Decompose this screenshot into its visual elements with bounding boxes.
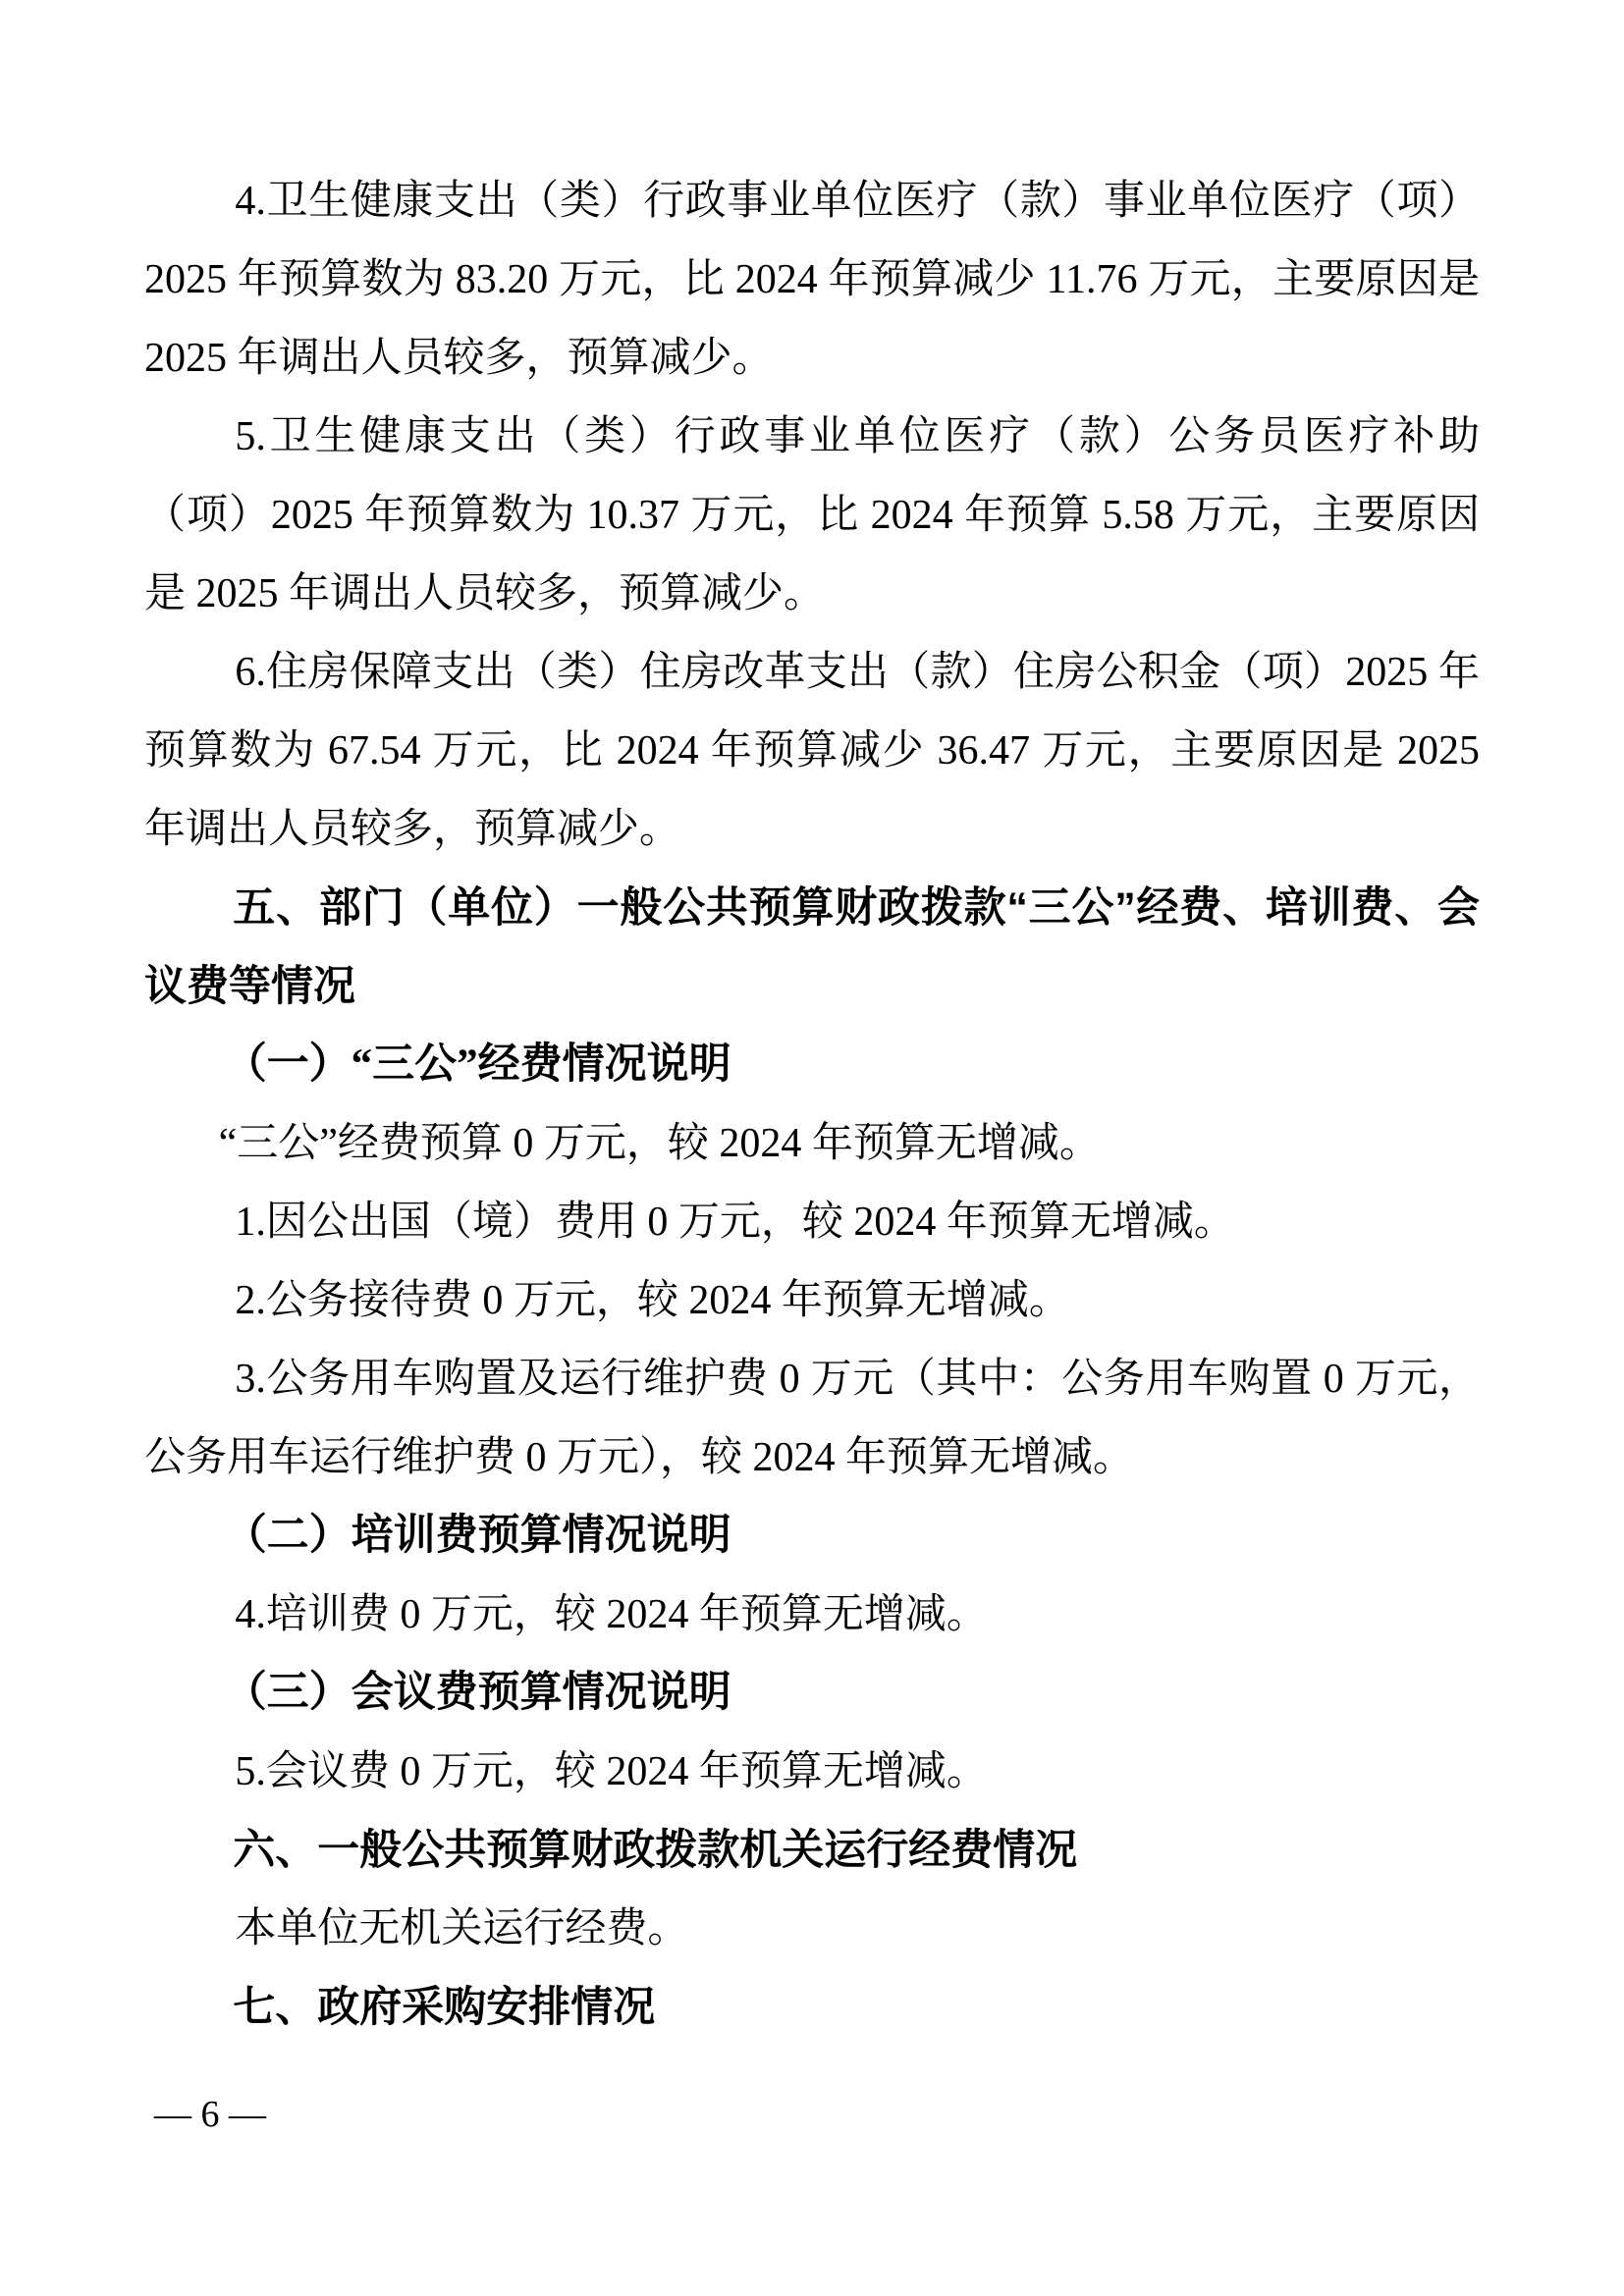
document-body: 4.卫生健康支出（类）行政事业单位医疗（款）事业单位医疗（项）2025 年预算数…	[144, 162, 1480, 2047]
paragraph-item-5-meeting-fee: 5.会议费 0 万元，较 2024 年预算无增减。	[144, 1733, 1480, 1811]
paragraph-no-operating-funds: 本单位无机关运行经费。	[144, 1890, 1480, 1968]
paragraph-item-3-official-vehicles: 3.公务用车购置及运行维护费 0 万元（其中：公务用车购置 0 万元，公务用车运…	[144, 1340, 1480, 1497]
subsection-heading-1-three-public-explanation: （一）“三公”经费情况说明	[144, 1026, 1480, 1104]
section-heading-7-government-procurement: 七、政府采购安排情况	[144, 1968, 1480, 2047]
section-heading-5-three-public-funds: 五、部门（单位）一般公共预算财政拨款“三公”经费、培训费、会议费等情况	[144, 869, 1480, 1026]
paragraph-item-2-official-reception: 2.公务接待费 0 万元，较 2024 年预算无增减。	[144, 1261, 1480, 1340]
paragraph-item-4-health-expenditure: 4.卫生健康支出（类）行政事业单位医疗（款）事业单位医疗（项）2025 年预算数…	[144, 162, 1480, 398]
section-heading-6-agency-operating-funds: 六、一般公共预算财政拨款机关运行经费情况	[144, 1811, 1480, 1890]
paragraph-item-5-health-expenditure: 5.卫生健康支出（类）行政事业单位医疗（款）公务员医疗补助（项）2025 年预算…	[144, 398, 1480, 633]
paragraph-item-6-housing-expenditure: 6.住房保障支出（类）住房改革支出（款）住房公积金（项）2025 年预算数为 6…	[144, 633, 1480, 869]
paragraph-three-public-budget-total: “三公”经费预算 0 万元，较 2024 年预算无增减。	[144, 1104, 1480, 1183]
document-page: 4.卫生健康支出（类）行政事业单位医疗（款）事业单位医疗（项）2025 年预算数…	[0, 0, 1624, 2296]
subsection-heading-3-meeting-fee: （三）会议费预算情况说明	[144, 1654, 1480, 1733]
subsection-heading-2-training-fee: （二）培训费预算情况说明	[144, 1497, 1480, 1575]
paragraph-item-1-overseas-travel: 1.因公出国（境）费用 0 万元，较 2024 年预算无增减。	[144, 1183, 1480, 1261]
page-number: — 6 —	[154, 2093, 266, 2136]
paragraph-item-4-training-fee: 4.培训费 0 万元，较 2024 年预算无增减。	[144, 1575, 1480, 1654]
